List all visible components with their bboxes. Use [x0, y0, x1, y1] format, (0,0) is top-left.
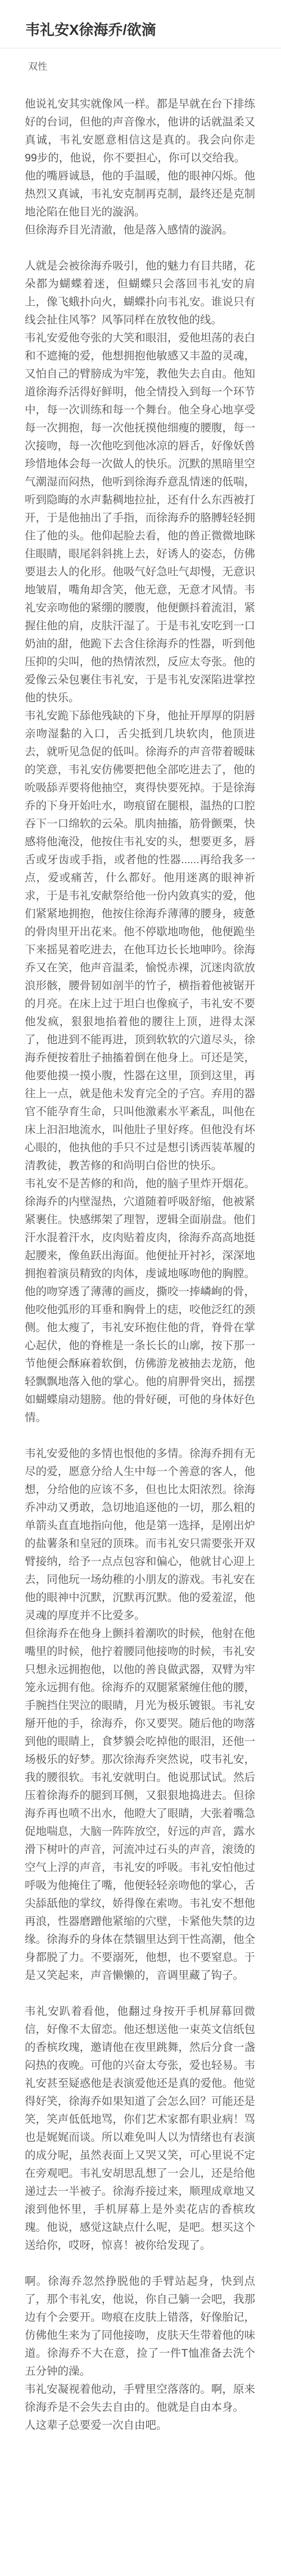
story-line: 韦礼安爱他的多情也恨他的多情。徐海乔拥有无尽的爱，愿意分给人生中每一个善意的客人…	[25, 1447, 255, 1622]
story-line: 人这辈子总要爱一次自由吧。	[25, 2419, 167, 2431]
story-paragraph: 韦礼安爱他的多情也恨他的多情。徐海乔拥有无尽的爱，愿意分给人生中每一个善意的客人…	[25, 1445, 255, 1984]
story-paragraph: 韦礼安趴着看他，他翻过身按开手机屏幕回微信，好像不太留恋。他还想送他一束英文信纸…	[25, 2002, 255, 2254]
story-paragraph: 啊。徐海乔忽然挣脱他的手臂站起身，快到点了，那个韦礼安，他说，你自己躺一会吧，我…	[25, 2272, 255, 2434]
page-title: 韦礼安X徐海乔/欲滴	[25, 20, 255, 39]
story-line: 啊。徐海乔忽然挣脱他的手臂站起身，快到点了，那个韦礼安，他说，你自己躺一会吧，我…	[25, 2275, 255, 2378]
story-line: 他说礼安其实就像风一样。都是早就在台下排练好的台词，但他的声音像水，他讲的话就温…	[25, 98, 255, 164]
story-line: 韦礼安凝视着他动，手臂里空落落的。啊，原来徐海乔是不会失去自由的。他就是自由本身…	[25, 2383, 255, 2413]
story-line: 韦礼安不是苦修的和尚，他的脑子里炸开烟花。徐海乔的内壁湿热，穴道随着呼吸舒缩，他…	[25, 1178, 255, 1424]
story-line: 韦礼安爱他夸张的大笑和眼泪，爱他坦荡的表白和不遮掩的爱，他想拥抱他敏感又丰盈的灵…	[25, 332, 255, 704]
story-line: 韦礼安跪下舔他残缺的下身，他扯开厚厚的阴唇亲吻湿黏的入口，舌尖抵到几块软肉，他顶…	[25, 710, 255, 1172]
story-line: 韦礼安趴着看他，他翻过身按开手机屏幕回微信，好像不太留恋。他还想送他一束英文信纸…	[25, 2005, 255, 2252]
story-body: 他说礼安其实就像风一样。都是早就在台下排练好的台词，但他的声音像水，他讲的话就温…	[25, 95, 255, 2434]
story-paragraph: 人就是会被徐海乔吸引，他的魅力有目共睹，花朵都为蝴蝶着迷，但蝴蝶只会落回韦礼安的…	[25, 257, 255, 1427]
story-paragraph: 他说礼安其实就像风一样。都是早就在台下排练好的台词，但他的声音像水，他讲的话就温…	[25, 95, 255, 239]
story-page: 韦礼安X徐海乔/欲滴 双性 他说礼安其实就像风一样。都是早就在台下排练好的台词，…	[0, 20, 281, 2576]
story-line: 但徐海乔在他身上颤抖着潮吹的时候，他射在他嘴里的时候，他拧着腰同他接吻的时候，韦…	[25, 1627, 255, 1982]
story-line: 但徐海乔目光清澈，他是落入感情的漩涡。	[25, 224, 233, 236]
story-line: 人就是会被徐海乔吸引，他的魅力有目共睹，花朵都为蝴蝶着迷，但蝴蝶只会落回韦礼安的…	[25, 260, 255, 326]
story-line: 他的嘴唇诚恳，他的手温暖，他的眼神闪烁。他热烈又真诚，韦礼安克制再克制，最终还是…	[25, 170, 255, 218]
title-divider	[0, 48, 281, 48]
content-tag: 双性	[28, 60, 255, 74]
